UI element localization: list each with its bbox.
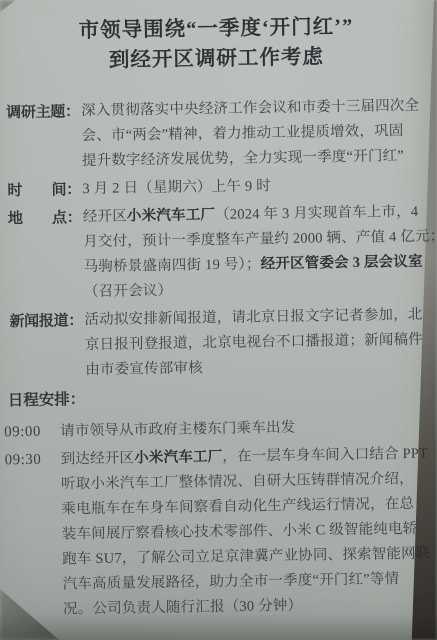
text-segment: 3 月 2 日（星期六）上午 9 时 <box>82 178 271 197</box>
row-body: 3 月 2 日（星期六）上午 9 时 <box>82 172 429 202</box>
section-heading: 日程安排： <box>8 382 433 414</box>
document-line: 请市领导从市政府主楼东门乘车出发 <box>60 414 433 445</box>
text-segment: 装车间展厅察看核心技术零部件、小米 C 级智能纯电轿 <box>62 521 418 543</box>
text-segment: 小米汽车工厂 <box>127 207 215 224</box>
text-segment: 跑车 SU7，了解公司立足京津冀产业协同、探索智能网联 <box>62 546 431 568</box>
table-row: 09:00请市领导从市政府主楼东门乘车出发 <box>4 414 433 446</box>
table-row: 09:30到达经开区小米汽车工厂，在一层车身车间入口结合 PPT听取小米汽车工厂… <box>4 442 436 624</box>
text-segment: 会、市“两会”精神，着力推动工业提质增效，巩固 <box>81 123 403 144</box>
row-body: 请市领导从市政府主楼东门乘车出发 <box>60 414 433 445</box>
time-label: 09:00 <box>4 420 46 446</box>
text-segment: 况。公司负责人随行汇报（30 分钟） <box>63 598 302 618</box>
table-row: 地 点：经开区小米汽车工厂（2024 年 3 月实现首车上市，4月交付，预计一季… <box>8 200 432 307</box>
document-line: 由市委宣传部审核 <box>85 353 432 383</box>
document-line: 提升数字经济发展优势，全力实现一季度“开门红” <box>82 144 429 174</box>
text-segment: 到达经开区 <box>61 450 135 467</box>
text-segment: （2024 年 3 月实现首车上市，4 <box>215 204 418 223</box>
row-body: 活动拟安排新闻报道，请北京日报文字记者参加，北京日报刊登报道，北京电视台不口播报… <box>84 303 432 383</box>
text-segment: 乘电瓶车在车身车间察看自动化生产线运行情况，在总 <box>61 496 414 518</box>
text-segment: 京日报刊登报道，北京电视台不口播报道；新闻稿件 <box>85 332 423 353</box>
row-label: 新闻报道： <box>9 308 84 334</box>
document-photo: 市领导围绕“一季度‘开门红’” 到经开区调研工作考虑 调研主题：深入贯彻落实中央… <box>0 0 437 640</box>
table-row: 调研主题：深入贯彻落实中央经济工作会议和市委十三届四次全会、市“两会”精神，着力… <box>6 94 429 176</box>
text-segment: 月交付，预计一季度整车产量约 2000 辆、产值 4 亿元； <box>83 228 437 250</box>
text-segment: ，在一层车身车间入口结合 PPT <box>222 446 428 465</box>
text-segment: 提升数字经济发展优势，全力实现一季度“开门红” <box>82 148 404 169</box>
time-label: 09:30 <box>4 448 46 474</box>
row-label: 地 点： <box>8 205 83 231</box>
text-segment: 活动拟安排新闻报道，请北京日报文字记者参加，北 <box>84 307 422 328</box>
text-segment: （召开会议） <box>84 283 172 300</box>
document-body: 调研主题：深入贯彻落实中央经济工作会议和市委十三届四次全会、市“两会”精神，着力… <box>6 94 436 624</box>
paper-content: 市领导围绕“一季度‘开门红’” 到经开区调研工作考虑 调研主题：深入贯彻落实中央… <box>0 0 437 640</box>
text-segment: 小米汽车工厂 <box>134 449 222 466</box>
row-body: 深入贯彻落实中央经济工作会议和市委十三届四次全会、市“两会”精神，着力推动工业提… <box>81 94 429 174</box>
title-line-2: 到经开区调研工作考虑 <box>5 41 427 78</box>
table-row: 时 间：3 月 2 日（星期六）上午 9 时 <box>7 172 429 204</box>
text-segment: 深入贯彻落实中央经济工作会议和市委十三届四次全 <box>81 98 419 119</box>
row-label: 时 间： <box>7 177 82 203</box>
text-segment: 汽车高质量发展路径，助力全市一季度“开门红”等情 <box>63 571 400 592</box>
row-label: 调研主题： <box>6 99 81 125</box>
document-line: 况。公司负责人随行汇报（30 分钟） <box>63 592 436 623</box>
row-body: 经开区小米汽车工厂（2024 年 3 月实现首车上市，4月交付，预计一季度整车产… <box>83 200 432 305</box>
row-body: 到达经开区小米汽车工厂，在一层车身车间入口结合 PPT听取小米汽车工厂整体情况、… <box>60 442 436 623</box>
text-segment: 经开区管委会 3 层会议室 <box>261 254 423 273</box>
text-segment: 由市委宣传部审核 <box>85 360 203 378</box>
text-segment: 请市领导从市政府主楼东门乘车出发 <box>60 420 295 440</box>
text-segment: 马驹桥景盛南四街 19 号）； <box>84 256 261 275</box>
text-segment: 经开区 <box>83 208 127 225</box>
document-line: 3 月 2 日（星期六）上午 9 时 <box>82 172 429 202</box>
table-row: 新闻报道：活动拟安排新闻报道，请北京日报文字记者参加，北京日报刊登报道，北京电视… <box>9 303 432 385</box>
document-line: （召开会议） <box>84 275 431 305</box>
document-title: 市领导围绕“一季度‘开门红’” 到经开区调研工作考虑 <box>5 11 428 78</box>
text-segment: 听取小米汽车工厂整体情况、自研大压铸群情况介绍， <box>61 471 414 493</box>
